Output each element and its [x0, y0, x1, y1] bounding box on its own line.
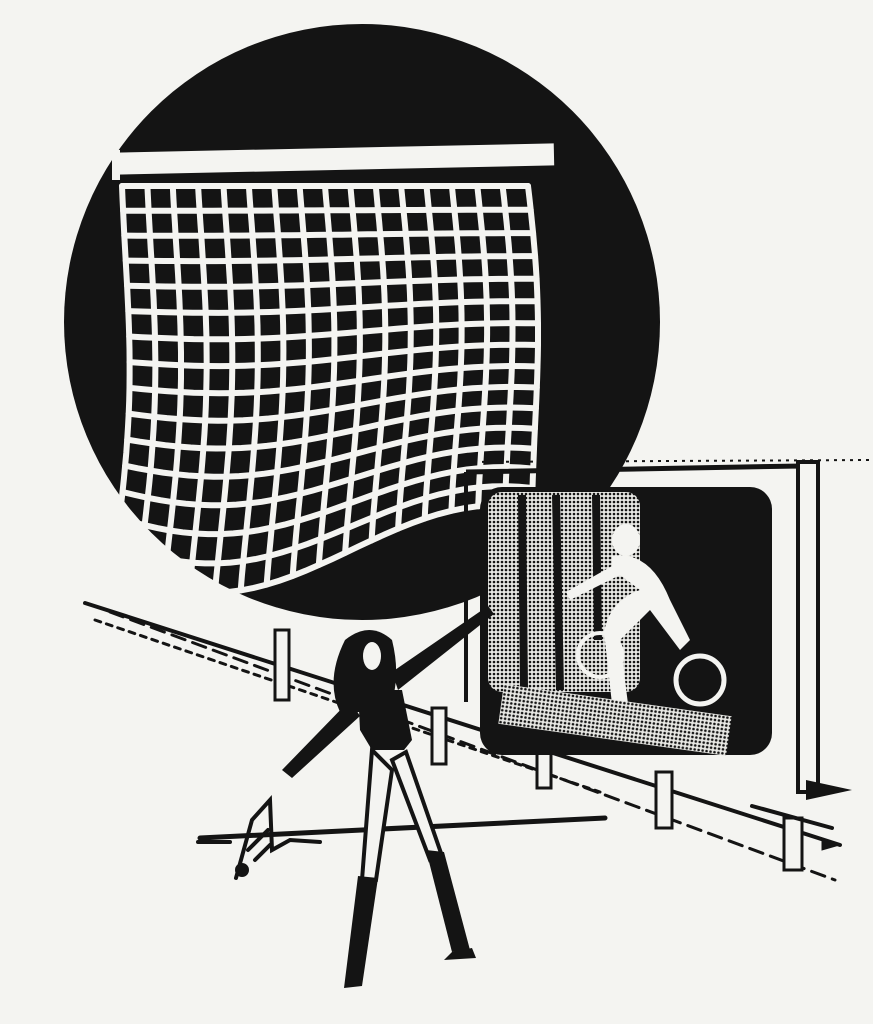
- illustration: [0, 0, 873, 1024]
- right-post: [798, 462, 852, 800]
- pointing-woman: [282, 606, 494, 988]
